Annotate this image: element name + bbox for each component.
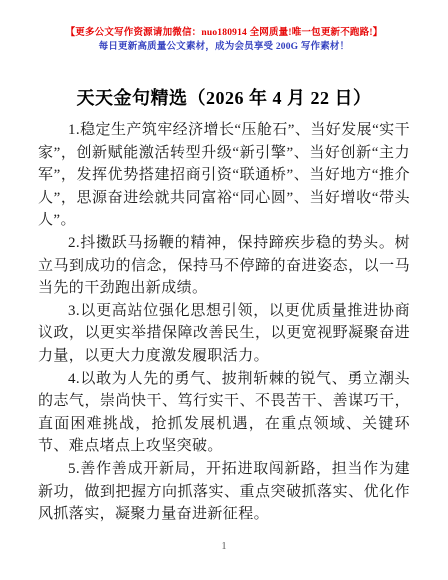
paragraph-5: 5.善作善成开新局，开拓进取闯新路，担当作为建新功，做到把握方向抓落实、重点突破… — [38, 458, 410, 526]
paragraph-2: 2.抖擞跃马扬鞭的精神，保持蹄疾步稳的势头。树立马到成功的信念，保持马不停蹄的奋… — [38, 232, 410, 300]
promo-header: 【更多公文写作资源请加微信：nuo180914 全网质量!唯一包更新不跑路!】 … — [0, 0, 448, 54]
paragraph-3: 3.以更高站位强化思想引领，以更优质量推进协商议政，以更实举措保障改善民生，以更… — [38, 300, 410, 368]
promo-header-line1: 【更多公文写作资源请加微信：nuo180914 全网质量!唯一包更新不跑路!】 — [0, 26, 448, 40]
paragraph-1: 1.稳定生产筑牢经济增长“压舱石”、当好发展“实干家”，创新赋能激活转型升级“新… — [38, 119, 410, 232]
promo-header-line2: 每日更新高质量公文素材，成为会员享受 200G 写作素材！ — [0, 40, 448, 54]
page-number: 1 — [0, 541, 448, 552]
document-page: 【更多公文写作资源请加微信：nuo180914 全网质量!唯一包更新不跑路!】 … — [0, 0, 448, 580]
document-title: 天天金句精选（2026 年 4 月 22 日） — [0, 84, 448, 110]
paragraph-4: 4.以敢为人先的勇气、披荆斩棘的锐气、勇立潮头的志气，崇尚快干、笃行实干、不畏苦… — [38, 368, 410, 458]
document-body: 1.稳定生产筑牢经济增长“压舱石”、当好发展“实干家”，创新赋能激活转型升级“新… — [0, 119, 448, 526]
